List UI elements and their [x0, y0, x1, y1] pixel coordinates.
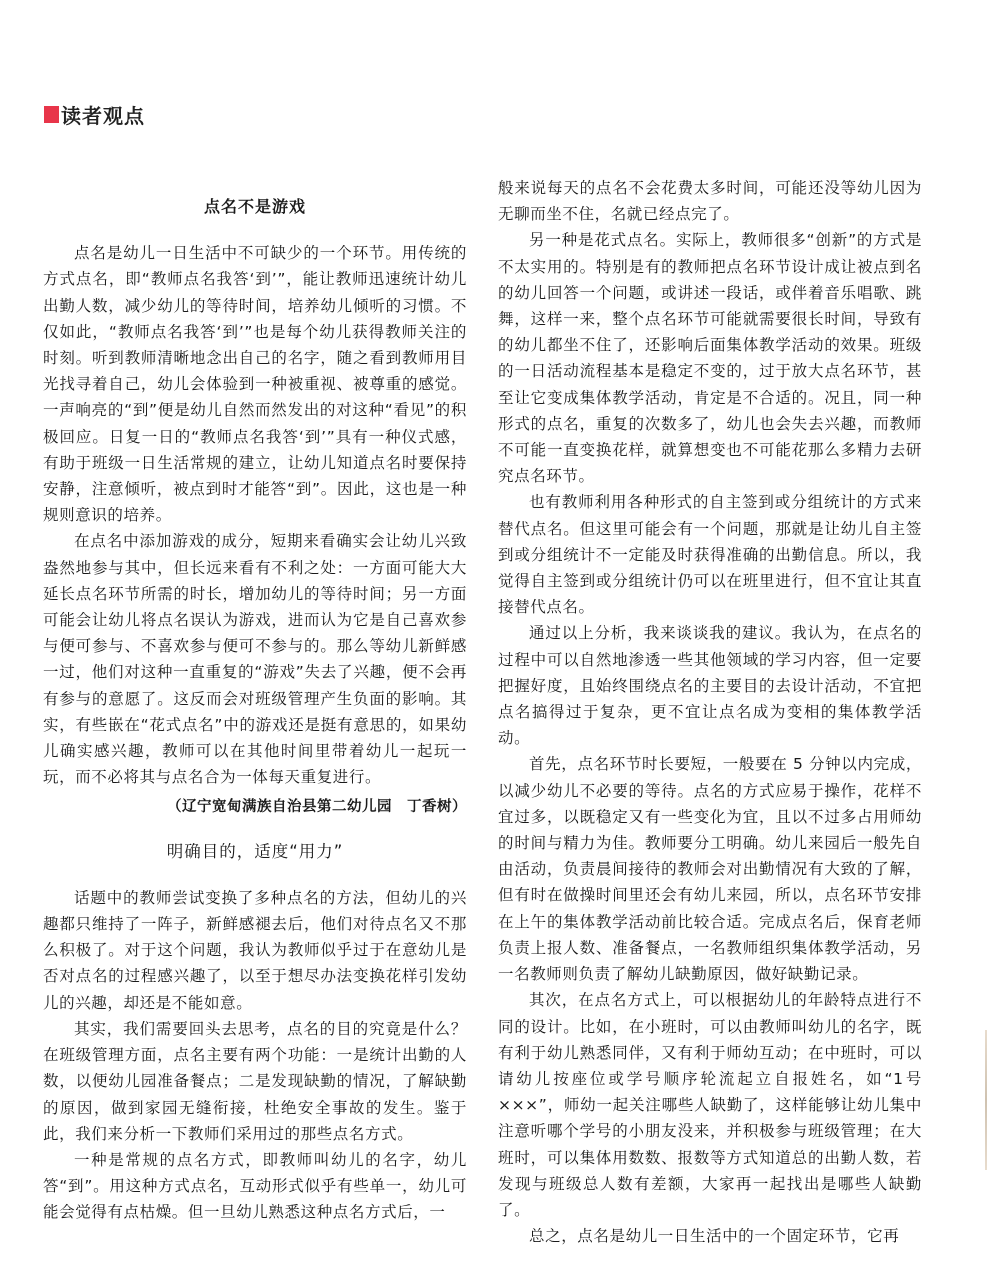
article-1-paragraph: 在点名中添加游戏的成分，短期来看确实会让幼儿兴致盎然地参与其中，但长远来看有不利… — [43, 528, 467, 790]
article-title-1: 点名不是游戏 — [43, 194, 467, 220]
article-2-paragraph: 首先，点名环节时长要短，一般要在 5 分钟以内完成，以减少幼儿不必要的等待。点名… — [498, 751, 922, 987]
article-2-paragraph: 话题中的教师尝试变换了多种点名的方法，但幼儿的兴趣都只维持了一阵子，新鲜感褪去后… — [43, 885, 467, 1016]
article-title-2: 明确目的，适度“用力” — [43, 839, 467, 865]
magazine-page: 读者观点 点名不是游戏 点名是幼儿一日生活中不可缺少的一个环节。用传统的方式点名… — [0, 0, 992, 1280]
article-2-paragraph: 一种是常规的点名方式，即教师叫幼儿的名字，幼儿答“到”。用这种方式点名，互动形式… — [43, 1147, 467, 1226]
article-2-paragraph: 总之，点名是幼儿一日生活中的一个固定环节，它再 — [498, 1223, 922, 1249]
article-1-paragraph: 点名是幼儿一日生活中不可缺少的一个环节。用传统的方式点名，即“教师点名我答‘到’… — [43, 240, 467, 528]
article-2-paragraph: 也有教师利用各种形式的自主签到或分组统计的方式来替代点名。但这里可能会有一个问题… — [498, 489, 922, 620]
article-2-paragraph: 其次，在点名方式上，可以根据幼儿的年龄特点进行不同的设计。比如，在小班时，可以由… — [498, 987, 922, 1223]
section-header: 读者观点 — [44, 100, 145, 129]
scan-edge-mark — [985, 1030, 987, 1170]
right-column: 般来说每天的点名不会花费太多时间，可能还没等幼儿因为无聊而坐不住，名就已经点完了… — [498, 175, 922, 1249]
section-label: 读者观点 — [61, 100, 145, 129]
article-2-continuation: 般来说每天的点名不会花费太多时间，可能还没等幼儿因为无聊而坐不住，名就已经点完了… — [498, 175, 922, 227]
red-square-marker-icon — [44, 106, 59, 123]
article-1-byline: （辽宁宽甸满族自治县第二幼儿园 丁香树） — [43, 794, 467, 820]
article-2-paragraph: 通过以上分析，我来谈谈我的建议。我认为，在点名的过程中可以自然地渗透一些其他领域… — [498, 620, 922, 751]
article-2-paragraph: 另一种是花式点名。实际上，教师很多“创新”的方式是不太实用的。特别是有的教师把点… — [498, 227, 922, 489]
left-column: 点名不是游戏 点名是幼儿一日生活中不可缺少的一个环节。用传统的方式点名，即“教师… — [43, 194, 467, 1226]
article-2-paragraph: 其实，我们需要回头去思考，点名的目的究竟是什么？在班级管理方面，点名主要有两个功… — [43, 1016, 467, 1147]
